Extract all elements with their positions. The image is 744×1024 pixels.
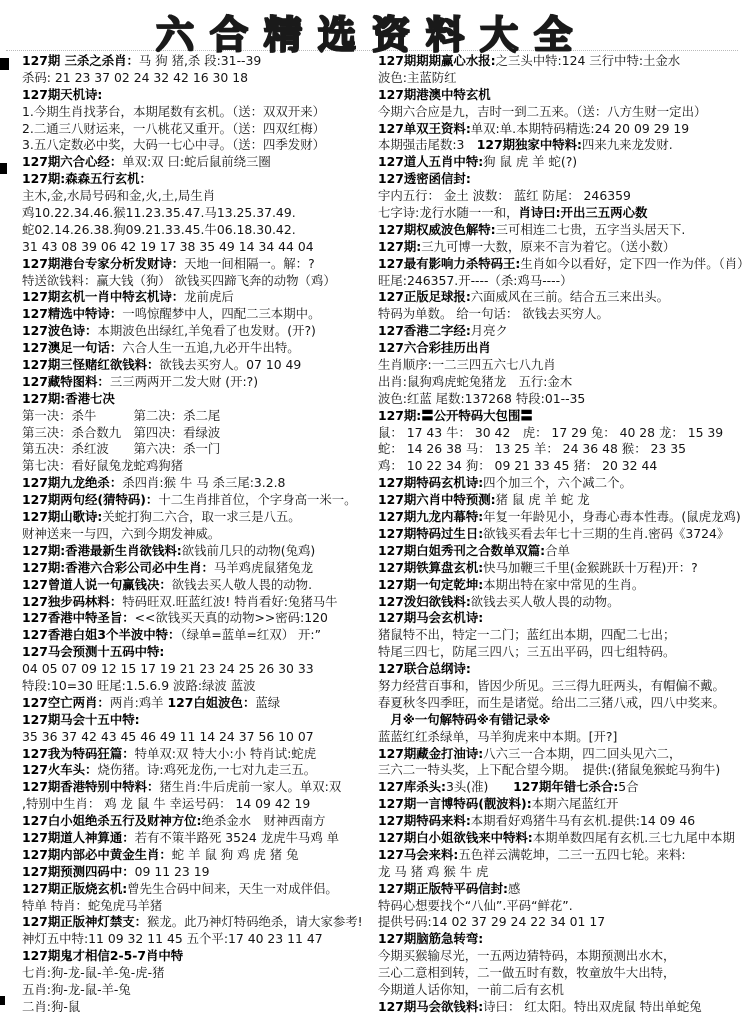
text-line: 127期鬼才相信2-5-7肖中特 bbox=[22, 948, 378, 965]
line-heading: 127期九龙绝杀： bbox=[22, 475, 122, 490]
text-line: 127泼妇欲钱料:欲钱去买人敬人畏的动物。 bbox=[378, 594, 744, 611]
text-line: 127道人五肖中特:狗 鼠 虎 羊 蛇(?) bbox=[378, 154, 744, 171]
text-line: 七肖:狗-龙-鼠-羊-兔-虎-猪 bbox=[22, 965, 378, 982]
text-line: 特段:10=30 旺尾:1.5.6.9 波路:绿波 蓝波 bbox=[22, 678, 378, 695]
line-text: 04 05 07 09 12 15 17 19 21 23 24 25 26 3… bbox=[22, 661, 314, 676]
line-text: 今期道人话你知，一前二后有玄机 bbox=[378, 982, 564, 997]
text-line: 127期九龙内幕特:年复一年龄见小，身毒心毒本性毒。(鼠虎龙鸡) bbox=[378, 509, 744, 526]
text-line: 127期:森森五行玄机： bbox=[22, 171, 378, 188]
line-heading: 127六合彩挂历出肖 bbox=[378, 340, 491, 355]
line-text: 欲钱去买人敬人畏的动物。 bbox=[471, 594, 620, 609]
text-line: 127六合彩挂历出肖 bbox=[378, 340, 744, 357]
line-heading: 127白小姐绝杀五行及财神方位: bbox=[22, 813, 202, 828]
text-line: 127期权威波色解特:三可相连二七贵，五字当头居天下. bbox=[378, 222, 744, 239]
line-heading: 127泼妇欲钱料: bbox=[378, 594, 471, 609]
text-line: 127最有影响力杀特码王:生肖如今以看好，定下四一作为伴。（肖） bbox=[378, 256, 744, 273]
text-line: 127期道人神算通：若有不策半路死 3524 龙虎牛马鸡 单 bbox=[22, 830, 378, 847]
text-line: 127期马会玄机诗: bbox=[378, 610, 744, 627]
text-line: 蛇： 14 26 38 马： 13 25 羊： 24 36 48 猴： 23 3… bbox=[378, 441, 744, 458]
line-text: 3.五八定数必中奖，大码一七心中寻。（送：四季发财） bbox=[22, 137, 325, 152]
line-text: 2.二通三八财运来，一八桃花又重开。（送：四双红梅） bbox=[22, 121, 325, 136]
line-heading: 127期期期赢心水报: bbox=[378, 53, 496, 68]
line-heading: 127期天机诗: bbox=[22, 87, 102, 102]
line-heading: 127白姐波色： bbox=[168, 695, 256, 710]
text-line: 35 36 37 42 43 45 46 49 11 14 24 37 56 1… bbox=[22, 729, 378, 746]
text-line: 127期正版烧玄机:曾先生合码中间来，天生一对成伴侣。 bbox=[22, 881, 378, 898]
text-line: 七字诗:龙行水随一一和，肖诗曰:开出三五两心数 bbox=[378, 205, 744, 222]
scan-artifact bbox=[0, 996, 5, 1005]
line-text: 二肖:狗-鼠 bbox=[22, 999, 80, 1014]
line-text: 马 狗 猪,杀 段:31--39 bbox=[139, 53, 261, 68]
text-line: 127期马会十五中特: bbox=[22, 712, 378, 729]
line-heading: 127期三怪赌红欲钱料： bbox=[22, 357, 159, 372]
line-text: 绝杀金水 财神西南方 bbox=[202, 813, 326, 828]
line-text: 生肖顺序:一二三四五六七八九肖 bbox=[378, 357, 556, 372]
text-line: 特码心想要找个“八仙”.平码“鲜花”. bbox=[378, 898, 744, 915]
line-text: 努力经营百事和，皆因少所见。三三得九旺两头，有帽偏不戴。 bbox=[378, 678, 725, 693]
line-text: 波色:主蓝防红 bbox=[378, 70, 457, 85]
line-text: 天地一间相隔一。解：? bbox=[184, 256, 314, 271]
text-line: ,特别中生肖： 鸡 龙 鼠 牛 幸运号码： 14 09 42 19 bbox=[22, 796, 378, 813]
line-heading: 127期权威波色解特: bbox=[378, 222, 496, 237]
line-heading: 127期独家中特料: bbox=[477, 137, 582, 152]
text-line: 蓝蓝红红杀绿单，马羊狗虎来中本期。[开?] bbox=[378, 729, 744, 746]
line-heading: 127马会预测十五码中特: bbox=[22, 644, 164, 659]
line-text: 五肖:狗-龙-鼠-羊-兔 bbox=[22, 982, 131, 997]
line-text: 三心二意相到转，二一做五时有数，牧童放牛大出特， bbox=[378, 965, 675, 980]
line-heading: 127期脑筋急转弯: bbox=[378, 931, 483, 946]
line-heading: 127期马会欲钱料: bbox=[378, 999, 483, 1014]
line-heading: 127联合总纲诗: bbox=[378, 661, 471, 676]
line-heading: 127香港中特圣旨： bbox=[22, 610, 135, 625]
line-text: 本期六尾蓝红开 bbox=[532, 796, 619, 811]
line-text: 若有不策半路死 3524 龙虎牛马鸡 单 bbox=[135, 830, 339, 845]
line-heading: 127期六肖中特预测: bbox=[378, 492, 496, 507]
text-line: 今期六合应是九，吉时一到二五来。（送：八方生财一定出） bbox=[378, 104, 744, 121]
text-line: 鼠： 17 43 牛： 30 42 虎： 17 29 兔： 40 28 龙： 1… bbox=[378, 425, 744, 442]
line-heading: 127澳足一句话： bbox=[22, 340, 122, 355]
line-heading: 127期正版特平码信封: bbox=[378, 881, 508, 896]
line-text: ,特别中生肖： 鸡 龙 鼠 牛 幸运号码： 14 09 42 19 bbox=[22, 796, 310, 811]
line-text: 曾先生合码中间来，天生一对成伴侣。 bbox=[127, 881, 338, 896]
line-text: 主木,金,水局号码和金,火,土,局生肖 bbox=[22, 188, 215, 203]
line-text: 特段:10=30 旺尾:1.5.6.9 波路:绿波 蓝波 bbox=[22, 678, 256, 693]
text-line: 第三决：杀合数九 第四决：看绿波 bbox=[22, 425, 378, 442]
line-text: （绿单=蓝单=红双） 开:” bbox=[180, 627, 321, 642]
line-text: 猪生肖:牛后虎前一家人。单双:双 bbox=[159, 779, 341, 794]
line-heading: 127期道人神算通： bbox=[22, 830, 135, 845]
line-heading: 127马会来料: bbox=[378, 847, 458, 862]
line-text: 欲钱去买穷人。07 10 49 bbox=[159, 357, 301, 372]
line-text: 单双:单.本期特码精选:24 20 09 29 19 bbox=[471, 121, 689, 136]
line-text: <<欲钱买天真的动物>>密码:120 bbox=[135, 610, 328, 625]
text-line: 127期:三九可博一大数，原来不言为着它。（送小数） bbox=[378, 239, 744, 256]
text-line: 127火车头：烧伤猪。诗:鸡死龙伤,一七对九走三五。 bbox=[22, 762, 378, 779]
line-heading: 127香港白姐3个半波中特： bbox=[22, 627, 180, 642]
line-text: 35 36 37 42 43 45 46 49 11 14 24 37 56 1… bbox=[22, 729, 314, 744]
line-text: 四个加三个，六个减二个。 bbox=[483, 475, 632, 490]
line-heading: 127期特码过生日: bbox=[378, 526, 483, 541]
line-text: 鼠： 17 43 牛： 30 42 虎： 17 29 兔： 40 28 龙： 1… bbox=[378, 425, 723, 440]
line-text: 5合 bbox=[618, 779, 638, 794]
line-text: 鸡： 10 22 34 狗： 09 21 33 45 猪： 20 32 44 bbox=[378, 458, 657, 473]
line-heading: 127期白姐秀刊之合数单双篇: bbox=[378, 543, 545, 558]
text-line: 127期一句定乾坤:本期出特在家中常见的生肖。 bbox=[378, 577, 744, 594]
text-line: 127马会来料:五色祥云满乾坤，二三一五四七轮。来料: bbox=[378, 847, 744, 864]
line-heading: 127期:〓公开特码大包围〓 bbox=[378, 408, 533, 423]
text-line: 旺尾:246357.开----（杀:鸡马----） bbox=[378, 273, 744, 290]
text-line: 五肖:狗-龙-鼠-羊-兔 bbox=[22, 982, 378, 999]
line-heading: 127正版足球报: bbox=[378, 289, 471, 304]
scan-artifact bbox=[0, 163, 7, 174]
line-text: 龙 马 猪 鸡 猴 牛 虎 bbox=[378, 864, 488, 879]
text-line: 127期正版特平码信封:感 bbox=[378, 881, 744, 898]
text-line: 31 43 08 39 06 42 19 17 38 35 49 14 34 4… bbox=[22, 239, 378, 256]
line-text: 第五决：杀红波 第六决：杀一门 bbox=[22, 441, 220, 456]
text-line: 龙 马 猪 鸡 猴 牛 虎 bbox=[378, 864, 744, 881]
line-heading: 127道人五肖中特: bbox=[378, 154, 483, 169]
line-heading: 127期正版神灯禁支： bbox=[22, 914, 147, 929]
line-text: 鸡10.22.34.46.猴11.23.35.47.马13.25.37.49. bbox=[22, 205, 296, 220]
line-heading: 肖诗曰:开出三五两心数 bbox=[518, 205, 647, 220]
line-heading: 127期山歌诗: bbox=[22, 509, 102, 524]
text-line: 特码为单数。 给一句话： 欲钱去买穷人。 bbox=[378, 306, 744, 323]
text-line: 生肖顺序:一二三四五六七八九肖 bbox=[378, 357, 744, 374]
text-line: 今期买猴输尽光，一五两边猜特码，本期预测出水木， bbox=[378, 948, 744, 965]
line-heading: 127期铁算盘玄机: bbox=[378, 560, 483, 575]
text-line: 2.二通三八财运来，一八桃花又重开。（送：四双红梅） bbox=[22, 121, 378, 138]
line-text: 波色:红蓝 尾数:137268 特段:01--35 bbox=[378, 391, 585, 406]
line-heading: 127独步码林料： bbox=[22, 594, 122, 609]
line-text: 关蛇打狗二六合，取一求三是八五。 bbox=[102, 509, 300, 524]
line-text: 杀码: 21 23 37 02 24 32 42 16 30 18 bbox=[22, 70, 248, 85]
text-line: 127香港白姐3个半波中特：（绿单=蓝单=红双） 开:” bbox=[22, 627, 378, 644]
text-line: 127期天机诗: bbox=[22, 87, 378, 104]
text-line: 127香港二字经:月亮ク bbox=[378, 323, 744, 340]
line-text: 第一决：杀牛 第二决：杀二尾 bbox=[22, 408, 220, 423]
text-line: 127期一言博特码(靓波料):本期六尾蓝红开 bbox=[378, 796, 744, 813]
line-heading: 127精选中特诗： bbox=[22, 306, 122, 321]
text-line: 127独步码林料：特码旺双.旺蓝红波! 特肖看好:兔猪马牛 bbox=[22, 594, 378, 611]
text-line: 127期港台专家分析发财诗：天地一间相隔一。解：? bbox=[22, 256, 378, 273]
text-line: 春夏秋冬四季旺，而生是诸觉。给出二三猪八戒，四八中奖来。 bbox=[378, 695, 744, 712]
tip-sheet-page: 六合精选资料大全 127期 三杀之杀肖：马 狗 猪,杀 段:31--39杀码: … bbox=[0, 0, 744, 1024]
line-text: 第三决：杀合数九 第四决：看绿波 bbox=[22, 425, 220, 440]
line-heading: 127期:森森五行玄机： bbox=[22, 171, 152, 186]
line-heading: 127期正版烧玄机: bbox=[22, 881, 127, 896]
line-text: 三六二一特头奖，上下配合望今期。 提供:(猪鼠兔猴蛇马狗牛) bbox=[378, 762, 720, 777]
line-heading: 127期玄机一肖中特玄机诗： bbox=[22, 289, 184, 304]
line-text: 特尾三四七，防尾三四八；三五出平码，四七组特码。 bbox=[378, 644, 675, 659]
text-line: 神灯五中特:11 09 32 11 45 五个平:17 40 23 11 47 bbox=[22, 931, 378, 948]
line-heading: 127期六合心经： bbox=[22, 154, 122, 169]
line-heading: 127火车头： bbox=[22, 762, 97, 777]
text-line: 本期强击尾数:3 127期独家中特料:四来九来龙发财. bbox=[378, 137, 744, 154]
line-text: 宇内五行： 金土 波数： 蓝红 防尾： 246359 bbox=[378, 188, 631, 203]
line-text: 马羊鸡虎鼠猪兔龙 bbox=[214, 560, 313, 575]
line-text: 四来九来龙发财. bbox=[582, 137, 673, 152]
line-text: 六面威风在三前。结合五三来出头。 bbox=[471, 289, 669, 304]
text-line: 127单双王资料:单双:单.本期特码精选:24 20 09 29 19 bbox=[378, 121, 744, 138]
text-line: 127澳足一句话：六合人生一五追,九必开牛出特。 bbox=[22, 340, 378, 357]
text-line: 特尾三四七，防尾三四八；三五出平码，四七组特码。 bbox=[378, 644, 744, 661]
line-text: 31 43 08 39 06 42 19 17 38 35 49 14 34 4… bbox=[22, 239, 314, 254]
text-line: 主木,金,水局号码和金,火,土,局生肖 bbox=[22, 188, 378, 205]
text-line: 第七决：看好鼠兔龙蛇鸡狗猪 bbox=[22, 458, 378, 475]
line-text: 本期强击尾数:3 bbox=[378, 137, 477, 152]
line-heading: 127空亡两肖： bbox=[22, 695, 110, 710]
text-line: 127期内部必中黄金生肖：蛇 羊 鼠 狗 鸡 虎 猪 兔 bbox=[22, 847, 378, 864]
text-line: 波色:红蓝 尾数:137268 特段:01--35 bbox=[378, 391, 744, 408]
line-heading: 127我为特码狂篇： bbox=[22, 746, 135, 761]
text-line: 猪鼠特不出，特定一二门；蓝红出本期，四配二七出； bbox=[378, 627, 744, 644]
text-line: 提供号码:14 02 37 29 24 22 34 01 17 bbox=[378, 914, 744, 931]
line-text: 七肖:狗-龙-鼠-羊-兔-虎-猪 bbox=[22, 965, 165, 980]
text-line: 127波色诗：本期波色出绿红,羊兔看了也发财。(开?) bbox=[22, 323, 378, 340]
text-line: 127期脑筋急转弯: bbox=[378, 931, 744, 948]
text-line: 127期特码过生日:欲钱买看去年七十三期的生肖.密码《3724》 bbox=[378, 526, 744, 543]
text-line: 127期藏金打油诗:八六三一合本期，四二回头见六二， bbox=[378, 746, 744, 763]
text-line: 127期特码玄机诗:四个加三个，六个减二个。 bbox=[378, 475, 744, 492]
line-heading: 127期:香港七决 bbox=[22, 391, 115, 406]
line-text: 第七决：看好鼠兔龙蛇鸡狗猪 bbox=[22, 458, 183, 473]
line-text: 本期波色出绿红,羊兔看了也发财。(开?) bbox=[97, 323, 315, 338]
text-line: 04 05 07 09 12 15 17 19 21 23 24 25 26 3… bbox=[22, 661, 378, 678]
line-text: 欲钱去买人敬人畏的动物. bbox=[172, 577, 312, 592]
text-line: 鸡： 10 22 34 狗： 09 21 33 45 猪： 20 32 44 bbox=[378, 458, 744, 475]
line-heading: 127期 三杀之杀肖： bbox=[22, 53, 139, 68]
text-line: 127期白姐秀刊之合数单双篇:合单 bbox=[378, 543, 744, 560]
line-heading: 127期鬼才相信2-5-7肖中特 bbox=[22, 948, 183, 963]
text-line: 127库杀头:3头(准) 127期年错七杀合:5合 bbox=[378, 779, 744, 796]
line-heading: 127期年错七杀合: bbox=[513, 779, 618, 794]
line-heading: 127最有影响力杀特码王: bbox=[378, 256, 520, 271]
scan-artifact bbox=[0, 58, 9, 70]
line-heading: 127藏特图料： bbox=[22, 374, 110, 389]
line-text: 诗曰： 红太阳。特出双虎鼠 特出单蛇兔 bbox=[483, 999, 702, 1014]
text-line: 127期山歌诗:关蛇打狗二六合，取一求三是八五。 bbox=[22, 509, 378, 526]
text-line: 特单 特肖：蛇兔虎马羊猪 bbox=[22, 898, 378, 915]
line-text: 本期单数四尾有玄机.三七九尾中本期 bbox=[533, 830, 735, 845]
text-line: 蛇02.14.26.38.狗09.21.33.45.牛06.18.30.42. bbox=[22, 222, 378, 239]
text-line: 努力经营百事和，皆因少所见。三三得九旺两头，有帽偏不戴。 bbox=[378, 678, 744, 695]
text-line: 127期马会欲钱料:诗曰： 红太阳。特出双虎鼠 特出单蛇兔 bbox=[378, 999, 744, 1016]
text-line: 127期预测四码中：09 11 23 19 bbox=[22, 864, 378, 881]
line-heading: 127期内部必中黄金生肖： bbox=[22, 847, 172, 862]
text-line: 127空亡两肖：两肖:鸡羊 127白姐波色：蓝绿 bbox=[22, 695, 378, 712]
line-text: 单双:双 曰:蛇后鼠前绕三圈 bbox=[122, 154, 271, 169]
line-text: 欲钱前几只的动物(兔鸡) bbox=[182, 543, 316, 558]
line-heading: 127波色诗： bbox=[22, 323, 97, 338]
text-line: 127期白小姐欲钱来中特料:本期单数四尾有玄机.三七九尾中本期 bbox=[378, 830, 744, 847]
text-line: 127期港澳中特玄机 bbox=[378, 87, 744, 104]
line-heading: 127期马会十五中特: bbox=[22, 712, 140, 727]
line-heading: 127期藏金打油诗: bbox=[378, 746, 483, 761]
text-line: 三心二意相到转，二一做五时有数，牧童放牛大出特， bbox=[378, 965, 744, 982]
line-text: 旺尾:246357.开----（杀:鸡马----） bbox=[378, 273, 572, 288]
line-heading: 127期一句定乾坤: bbox=[378, 577, 483, 592]
text-line: 127期两句经(猜特码)：十二生肖排首位，个字身高一米一。 bbox=[22, 492, 378, 509]
line-text: 本期看好鸡猪牛马有玄机.提供:14 09 46 bbox=[471, 813, 695, 828]
right-column: 127期期期赢心水报:之三头中特:124 三行中特:土金水波色:主蓝防红127期… bbox=[378, 53, 744, 1016]
line-text: 蓝绿 bbox=[255, 695, 280, 710]
line-text: 特送欲钱料：赢大钱（狗） 欲钱买四蹄飞奔的动物（鸡） bbox=[22, 273, 336, 288]
line-text: 本期出特在家中常见的生肖。 bbox=[483, 577, 644, 592]
text-line: 杀码: 21 23 37 02 24 32 42 16 30 18 bbox=[22, 70, 378, 87]
line-heading: 127期:香港六合彩公司必中生肖： bbox=[22, 560, 214, 575]
line-text: 蛇02.14.26.38.狗09.21.33.45.牛06.18.30.42. bbox=[22, 222, 296, 237]
text-line: 二肖:狗-鼠 bbox=[22, 999, 378, 1016]
text-line: 特送欲钱料：赢大钱（狗） 欲钱买四蹄飞奔的动物（鸡） bbox=[22, 273, 378, 290]
text-line: 127期六合心经：单双:双 曰:蛇后鼠前绕三圈 bbox=[22, 154, 378, 171]
text-line: 第五决：杀红波 第六决：杀一门 bbox=[22, 441, 378, 458]
text-line: 月※一句解特码※有错记录※ bbox=[378, 712, 744, 729]
line-heading: 127期香港特别中特料： bbox=[22, 779, 159, 794]
page-title: 六合精选资料大全 bbox=[156, 4, 588, 59]
text-line: 127期:香港七决 bbox=[22, 391, 378, 408]
text-line: 127精选中特诗：一鸣惊醒梦中人，四配二三本期中。 bbox=[22, 306, 378, 323]
line-text: 六合人生一五追,九必开牛出特。 bbox=[122, 340, 299, 355]
line-text: 八六三一合本期，四二回头见六二， bbox=[483, 746, 681, 761]
line-text: 09 11 23 19 bbox=[135, 864, 210, 879]
line-heading: 127期:香港最新生肖欲钱料: bbox=[22, 543, 182, 558]
text-line: 127藏特图料：三三两两开二发大财 (开:?) bbox=[22, 374, 378, 391]
line-text: 春夏秋冬四季旺，而生是诸觉。给出二三猪八戒，四八中奖来。 bbox=[378, 695, 725, 710]
masthead: 六合精选资料大全 bbox=[0, 0, 744, 50]
text-line: 127期三怪赌红欲钱料：欲钱去买穷人。07 10 49 bbox=[22, 357, 378, 374]
line-heading: 127单双王资料: bbox=[378, 121, 471, 136]
text-line: 鸡10.22.34.46.猴11.23.35.47.马13.25.37.49. bbox=[22, 205, 378, 222]
line-text: 蓝蓝红红杀绿单，马羊狗虎来中本期。[开?] bbox=[378, 729, 617, 744]
line-text: 三九可博一大数，原来不言为着它。（送小数） bbox=[421, 239, 675, 254]
text-line: 127期:〓公开特码大包围〓 bbox=[378, 408, 744, 425]
text-line: 127联合总纲诗: bbox=[378, 661, 744, 678]
line-text: 欲钱买看去年七十三期的生肖.密码《3724》 bbox=[483, 526, 729, 541]
text-line: 127正版足球报:六面威风在三前。结合五三来出头。 bbox=[378, 289, 744, 306]
line-text: 特码旺双.旺蓝红波! 特肖看好:兔猪马牛 bbox=[122, 594, 337, 609]
line-heading: 127期特码来料: bbox=[378, 813, 471, 828]
line-heading: 127期两句经(猜特码)： bbox=[22, 492, 158, 507]
line-text: 两肖:鸡羊 bbox=[110, 695, 168, 710]
line-heading: 127期一言博特码(靓波料): bbox=[378, 796, 532, 811]
line-text: 今期六合应是九，吉时一到二五来。（送：八方生财一定出） bbox=[378, 104, 706, 119]
text-line: 1.今期生肖找茅台，本期尾数有玄机。（送：双双开来） bbox=[22, 104, 378, 121]
line-text: 烧伤猪。诗:鸡死龙伤,一七对九走三五。 bbox=[97, 762, 316, 777]
line-heading: 127期白小姐欲钱来中特料: bbox=[378, 830, 533, 845]
line-text: 出肖:鼠狗鸡虎蛇兔猪龙 五行:金木 bbox=[378, 374, 572, 389]
text-line: 今期道人话你知，一前二后有玄机 bbox=[378, 982, 744, 999]
line-text: 年复一年龄见小，身毒心毒本性毒。(鼠虎龙鸡) bbox=[483, 509, 740, 524]
line-text: 蛇： 14 26 38 马： 13 25 羊： 24 36 48 猴： 23 3… bbox=[378, 441, 686, 456]
line-text: 3头(准) bbox=[446, 779, 513, 794]
text-line: 127透密函信封: bbox=[378, 171, 744, 188]
line-text: 一鸣惊醒梦中人，四配二三本期中。 bbox=[122, 306, 320, 321]
line-heading: 127期特码玄机诗: bbox=[378, 475, 483, 490]
line-text: 提供号码:14 02 37 29 24 22 34 01 17 bbox=[378, 914, 605, 929]
text-line: 127曾道人说一句赢钱决：欲钱去买人敬人畏的动物. bbox=[22, 577, 378, 594]
text-line: 127白小姐绝杀五行及财神方位:绝杀金水 财神西南方 bbox=[22, 813, 378, 830]
line-text: 七字诗:龙行水随一一和， bbox=[378, 205, 518, 220]
line-text: 特单双:双 特大小:小 特肖试:蛇虎 bbox=[135, 746, 316, 761]
line-heading: 127期预测四码中： bbox=[22, 864, 135, 879]
line-text: 快马加鞭三千里(金猴跳跃十万程)开：? bbox=[483, 560, 698, 575]
line-text: 杀四肖:猴 牛 马 杀三尾:3.2.8 bbox=[122, 475, 285, 490]
line-heading: 127期港澳中特玄机 bbox=[378, 87, 491, 102]
line-text: 三可相连二七贵，五字当头居天下. bbox=[496, 222, 686, 237]
line-text: 蛇 羊 鼠 狗 鸡 虎 猪 兔 bbox=[172, 847, 299, 862]
line-heading: 127香港二字经: bbox=[378, 323, 471, 338]
line-heading: 127期港台专家分析发财诗： bbox=[22, 256, 184, 271]
line-text: 生肖如今以看好，定下四一作为伴。（肖） bbox=[520, 256, 744, 271]
line-heading: 127期九龙内幕特: bbox=[378, 509, 483, 524]
line-heading: 127曾道人说一句赢钱决： bbox=[22, 577, 172, 592]
text-line: 127期玄机一肖中特玄机诗：龙前虎后 bbox=[22, 289, 378, 306]
text-line: 127期 三杀之杀肖：马 狗 猪,杀 段:31--39 bbox=[22, 53, 378, 70]
line-heading: 127库杀头: bbox=[378, 779, 446, 794]
line-text: 神灯五中特:11 09 32 11 45 五个平:17 40 23 11 47 bbox=[22, 931, 323, 946]
text-line: 127期:香港六合彩公司必中生肖：马羊鸡虎鼠猪兔龙 bbox=[22, 560, 378, 577]
line-text: 狗 鼠 虎 羊 蛇(?) bbox=[483, 154, 577, 169]
line-text: 感 bbox=[508, 881, 520, 896]
line-text: 1.今期生肖找茅台，本期尾数有玄机。（送：双双开来） bbox=[22, 104, 325, 119]
text-line: 三六二一特头奖，上下配合望今期。 提供:(猪鼠兔猴蛇马狗牛) bbox=[378, 762, 744, 779]
line-text: 三三两两开二发大财 (开:?) bbox=[110, 374, 258, 389]
text-line: 宇内五行： 金土 波数： 蓝红 防尾： 246359 bbox=[378, 188, 744, 205]
line-text: 合单 bbox=[545, 543, 570, 558]
line-heading: 月※一句解特码※有错记录※ bbox=[378, 712, 550, 727]
line-text: 特码心想要找个“八仙”.平码“鲜花”. bbox=[378, 898, 573, 913]
text-line: 3.五八定数必中奖，大码一七心中寻。（送：四季发财） bbox=[22, 137, 378, 154]
line-heading: 127期: bbox=[378, 239, 421, 254]
text-line: 127我为特码狂篇：特单双:双 特大小:小 特肖试:蛇虎 bbox=[22, 746, 378, 763]
text-line: 127期六肖中特预测:猪 鼠 虎 羊 蛇 龙 bbox=[378, 492, 744, 509]
line-text: 猪鼠特不出，特定一二门；蓝红出本期，四配二七出； bbox=[378, 627, 675, 642]
text-line: 127期特码来料:本期看好鸡猪牛马有玄机.提供:14 09 46 bbox=[378, 813, 744, 830]
text-line: 127期:香港最新生肖欲钱料:欲钱前几只的动物(兔鸡) bbox=[22, 543, 378, 560]
line-text: 特码为单数。 给一句话： 欲钱去买穷人。 bbox=[378, 306, 609, 321]
line-heading: 127期马会玄机诗: bbox=[378, 610, 483, 625]
text-line: 127期香港特别中特料：猪生肖:牛后虎前一家人。单双:双 bbox=[22, 779, 378, 796]
content-columns: 127期 三杀之杀肖：马 狗 猪,杀 段:31--39杀码: 21 23 37 … bbox=[0, 53, 744, 1016]
line-text: 之三头中特:124 三行中特:土金水 bbox=[496, 53, 681, 68]
line-text: 十二生肖排首位，个字身高一米一。 bbox=[158, 492, 356, 507]
text-line: 127马会预测十五码中特: bbox=[22, 644, 378, 661]
line-text: 财神送来一与四，六到今期发神威。 bbox=[22, 526, 220, 541]
line-text: 猴龙。此乃神灯特码绝杀，请大家参考! bbox=[147, 914, 363, 929]
left-column: 127期 三杀之杀肖：马 狗 猪,杀 段:31--39杀码: 21 23 37 … bbox=[6, 53, 378, 1016]
line-text: 龙前虎后 bbox=[184, 289, 234, 304]
text-line: 127期期期赢心水报:之三头中特:124 三行中特:土金水 bbox=[378, 53, 744, 70]
line-text: 月亮ク bbox=[471, 323, 508, 338]
text-line: 出肖:鼠狗鸡虎蛇兔猪龙 五行:金木 bbox=[378, 374, 744, 391]
line-text: 特单 特肖：蛇兔虎马羊猪 bbox=[22, 898, 162, 913]
line-heading: 127透密函信封: bbox=[378, 171, 471, 186]
text-line: 第一决：杀牛 第二决：杀二尾 bbox=[22, 408, 378, 425]
text-line: 127期九龙绝杀：杀四肖:猴 牛 马 杀三尾:3.2.8 bbox=[22, 475, 378, 492]
line-text: 今期买猴输尽光，一五两边猜特码，本期预测出水木， bbox=[378, 948, 675, 963]
text-line: 127期正版神灯禁支：猴龙。此乃神灯特码绝杀，请大家参考! bbox=[22, 914, 378, 931]
text-line: 财神送来一与四，六到今期发神威。 bbox=[22, 526, 378, 543]
text-line: 波色:主蓝防红 bbox=[378, 70, 744, 87]
line-text: 五色祥云满乾坤，二三一五四七轮。来料: bbox=[458, 847, 685, 862]
text-line: 127香港中特圣旨：<<欲钱买天真的动物>>密码:120 bbox=[22, 610, 378, 627]
line-text: 猪 鼠 虎 羊 蛇 龙 bbox=[496, 492, 590, 507]
text-line: 127期铁算盘玄机:快马加鞭三千里(金猴跳跃十万程)开：? bbox=[378, 560, 744, 577]
